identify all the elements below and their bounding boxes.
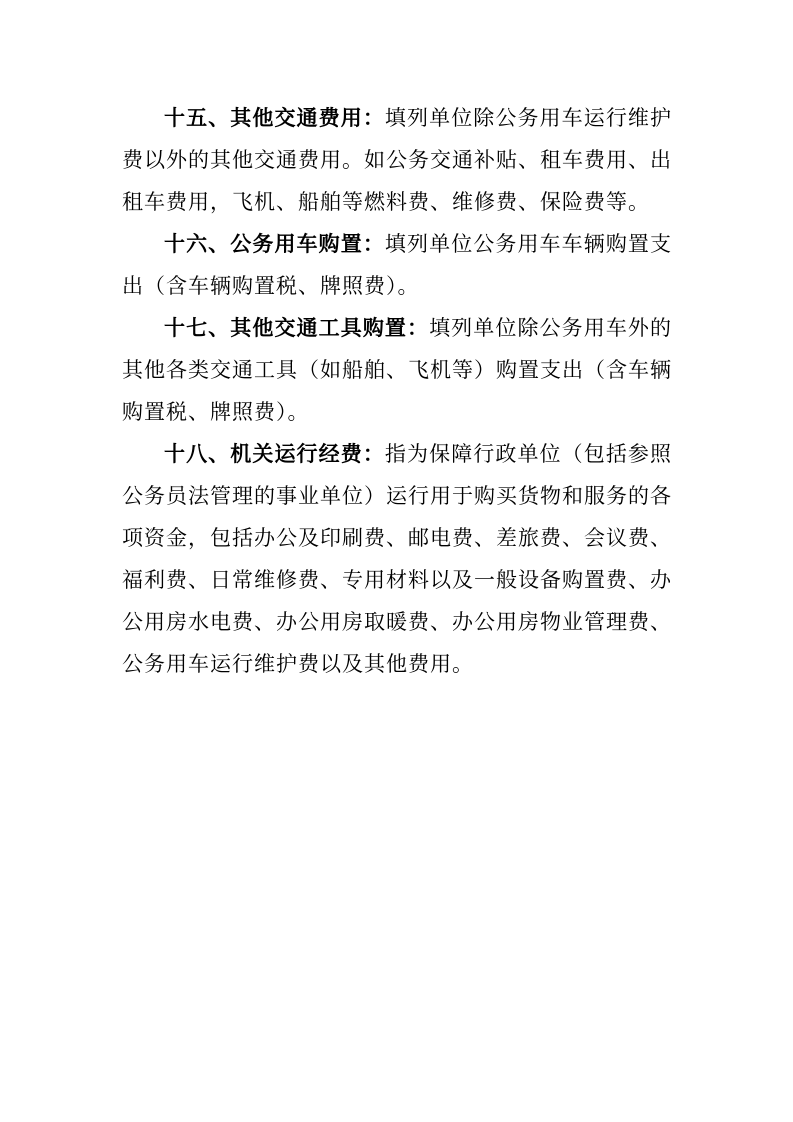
paragraph-heading-16: 十六、公务用车购置： — [164, 232, 385, 256]
paragraph-item-18: 十八、机关运行经费：指为保障行政单位（包括参照公务员法管理的事业单位）运行用于购… — [122, 433, 672, 685]
paragraph-heading-15: 十五、其他交通费用： — [164, 106, 385, 130]
document-page: 十五、其他交通费用：填列单位除公务用车运行维护费以外的其他交通费用。如公务交通补… — [0, 0, 793, 1122]
document-content: 十五、其他交通费用：填列单位除公务用车运行维护费以外的其他交通费用。如公务交通补… — [122, 97, 672, 685]
paragraph-item-16: 十六、公务用车购置：填列单位公务用车车辆购置支出（含车辆购置税、牌照费）。 — [122, 223, 672, 307]
paragraph-heading-17: 十七、其他交通工具购置： — [164, 316, 429, 340]
paragraph-item-17: 十七、其他交通工具购置：填列单位除公务用车外的其他各类交通工具（如船舶、飞机等）… — [122, 307, 672, 433]
paragraph-body-18: 指为保障行政单位（包括参照公务员法管理的事业单位）运行用于购买货物和服务的各项资… — [122, 442, 672, 676]
paragraph-heading-18: 十八、机关运行经费： — [164, 442, 385, 466]
paragraph-item-15: 十五、其他交通费用：填列单位除公务用车运行维护费以外的其他交通费用。如公务交通补… — [122, 97, 672, 223]
